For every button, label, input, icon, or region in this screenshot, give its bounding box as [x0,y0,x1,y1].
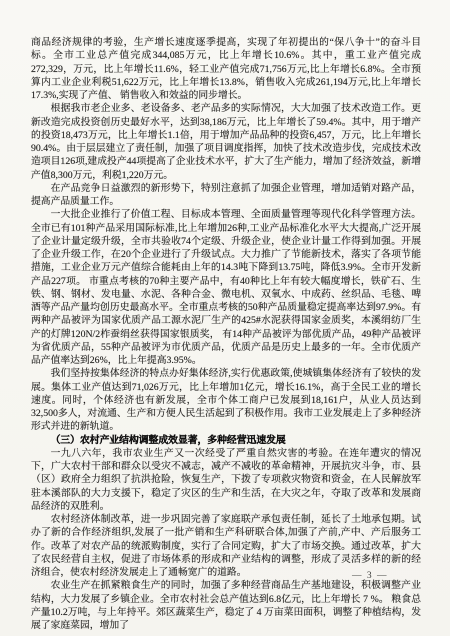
paragraph-agricultural-production: 农业生产在抓紧粮食生产的同时，加强了多种经营商品生产基地建设，积极调整产业结构，… [31,579,421,632]
paragraph-collective-economy: 我们坚持按集体经济的特点办好集体经济,实行优惠政策,使城镇集体经济有了较快的发展… [31,367,421,433]
page-number: — 3 — [352,571,388,581]
paragraph-rural-reform: 农村经济体制改革，进一步巩固完善了家庭联产承包责任制，延长了土地承包期。试办了新… [31,513,421,579]
paragraph-enterprise-management: 在产品竞争日益激烈的新形势下，特别注意抓了加强企业管理，增加适销对路产品，提高产… [31,182,421,209]
paragraph-disaster-relief: 一九八六年，我市农业生产又一次经受了严重自然灾害的考验。在连年遭灾的情况下，广大… [31,447,421,513]
document-body: 商品经济规律的考验，生产增长速度逐季提高，实现了年初提出的“保八争十”的奋斗目标… [31,36,421,632]
section-heading-rural-industry: （三）农村产业结构调整成效显著，多种经营迅速发展 [31,434,421,447]
paragraph-quality-management: 一大批企业推行了价值工程、目标成本管理、全面质量管理等现代化科学管理方法。全市已… [31,208,421,367]
paragraph-industrial-output: 商品经济规律的考验，生产增长速度逐季提高，实现了年初提出的“保八争十”的奋斗目标… [31,36,421,102]
paragraph-technical-renovation: 根据我市老企业多、老设备多、老产品多的实际情况，大大加强了技术改造工作。更新改造… [31,102,421,182]
scanned-document-page: 商品经济规律的考验，生产增长速度逐季提高，实现了年初提出的“保八争十”的奋斗目标… [0,0,450,636]
